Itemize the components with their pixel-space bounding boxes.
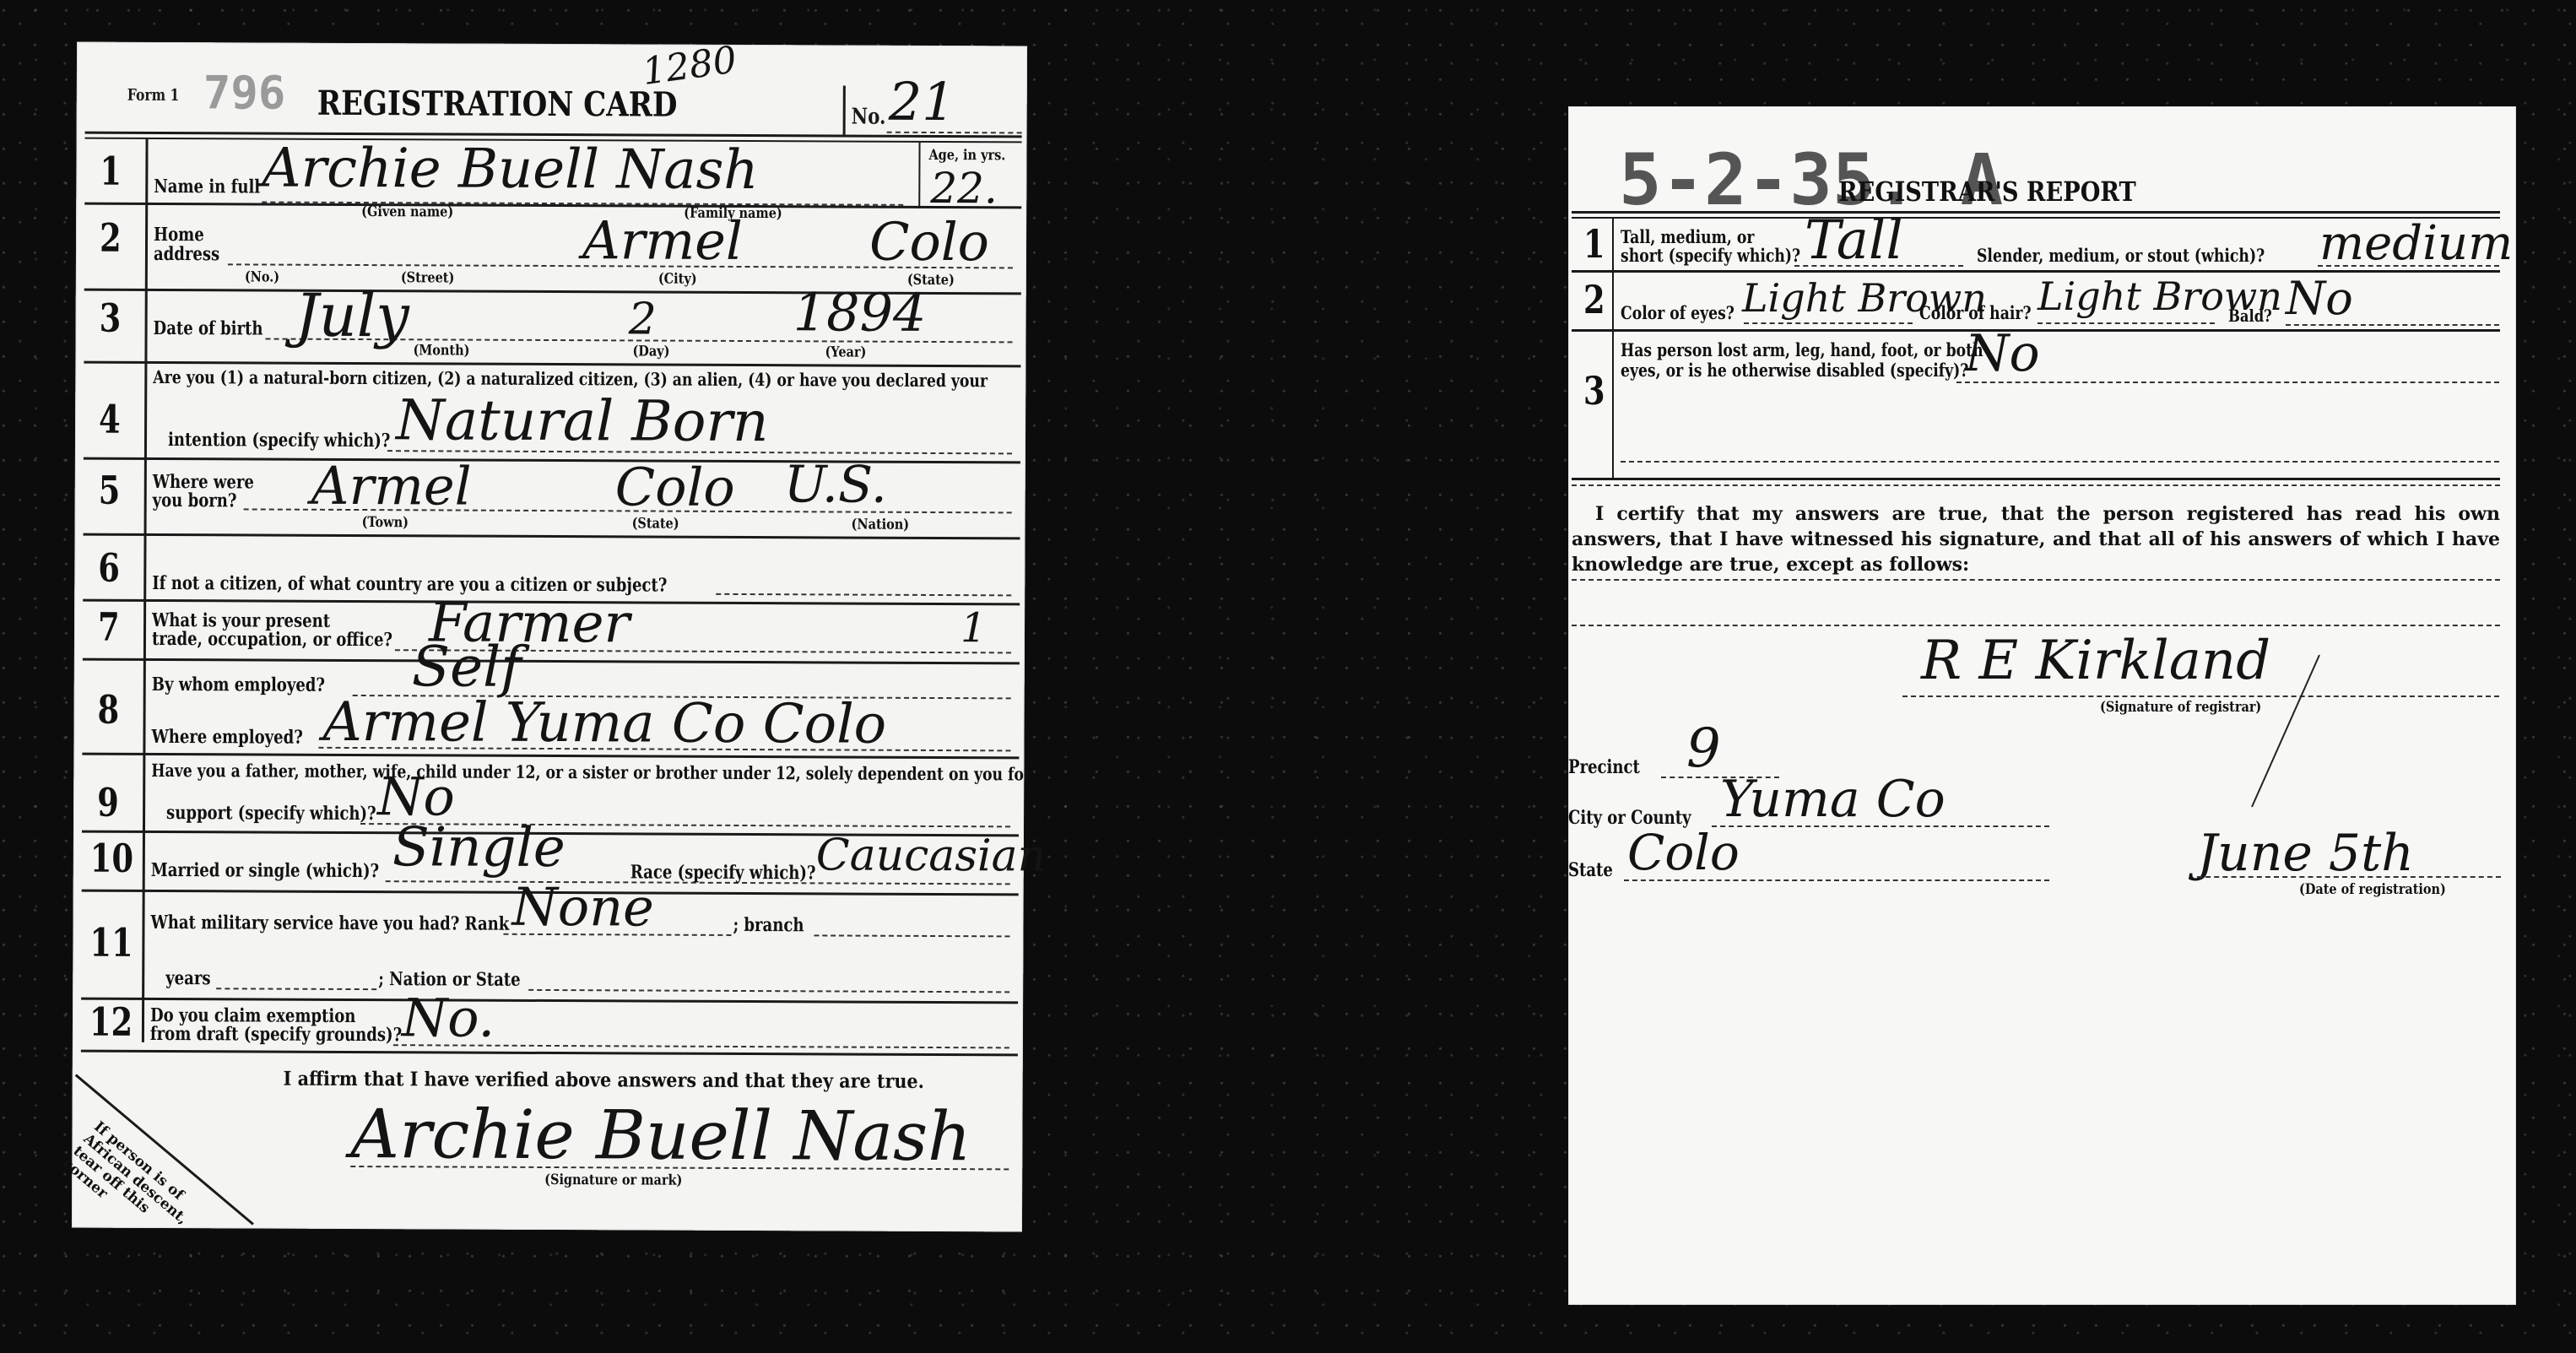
precinct-label: Precinct [1568,756,1640,778]
military-rank-value: None [511,876,654,939]
card-title: REGISTRATION CARD [317,84,678,125]
age-column-line [918,143,920,208]
race-label: Race (specify which)? [630,861,816,884]
divider [1572,211,2500,214]
divider [1572,625,2500,626]
where-employed-value: Armel Yuma Co Colo [322,691,886,756]
registrar-signature: R E Kirkland [1921,630,2270,692]
divider [1902,695,2499,697]
branch-label: ; branch [733,914,804,936]
divider [1572,579,2500,581]
registration-card: Form 1 796 REGISTRATION CARD 1280 No. 21… [72,42,1027,1232]
occupation-mark: 1 [961,604,987,652]
disability-value: No [1965,324,2040,383]
divider [1621,461,2499,463]
race-value: Caucasian [816,830,1046,881]
precinct-value: 9 [1686,717,1721,780]
birth-nation-value: U.S. [784,455,887,515]
no-label: No. [852,105,886,130]
birth-state-value: Colo [615,456,735,518]
row-number: 3 [1583,368,1605,414]
age-label: Age, in yrs. [928,147,1005,164]
divider [887,132,1022,134]
tear-off-corner-line [72,42,347,1229]
row-number: 1 [1583,221,1605,267]
handwritten-top-number: 1280 [640,38,739,94]
disability-label-1: Has person lost arm, leg, hand, foot, or… [1621,339,1983,360]
build-value: medium [2319,216,2513,271]
state-label: State [1568,859,1613,881]
dob-day-value: 2 [629,294,657,344]
card-number: 21 [889,71,955,133]
registration-date-value: June 5th [2197,824,2414,883]
divider [814,934,1009,937]
divider [528,989,1009,993]
divider [1572,478,2500,480]
divider [843,86,846,135]
divider [716,593,1011,597]
city-sub: (City) [658,271,697,288]
town-sub: (Town) [362,514,409,531]
dob-year-value: 1894 [793,281,927,344]
disability-label-2: eyes, or is he otherwise disabled (speci… [1621,360,1968,381]
home-city-value: Armel [582,209,743,272]
married-value: Single [392,816,566,879]
employer-value: Self [412,634,522,700]
day-sub: (Day) [632,343,669,360]
height-value: Tall [1805,209,1903,272]
build-label: Slender, medium, or stout (which)? [1977,245,2265,266]
nation-sub: (Nation) [852,517,910,533]
registration-date-label: (Date of registration) [2299,881,2446,898]
certify-text: I certify that my answers are true, that… [1572,501,2500,577]
height-label-2: short (specify which)? [1621,245,1800,266]
home-state-value: Colo [869,211,989,273]
divider [1572,270,2500,273]
affirm-text: I affirm that I have verified above answ… [284,1068,924,1093]
row-number: 2 [1583,277,1605,322]
signature-flourish [2227,647,2328,815]
citizenship-value: Natural Born [396,387,769,454]
year-sub: (Year) [825,344,866,360]
divider [1572,484,2500,486]
number-column-line [1612,219,1614,479]
state-value: Colo [1627,824,1740,881]
signature-label: (Signature or mark) [544,1172,682,1189]
hair-label: Color of hair? [1919,302,2032,323]
divider [2038,322,2215,324]
bald-value: No [2286,272,2353,325]
registrant-signature: Archie Buell Nash [350,1095,971,1176]
month-sub: (Month) [413,342,469,359]
report-title: REGISTRAR'S REPORT [1838,176,2136,208]
exemption-value: No. [402,987,495,1048]
divider [2197,876,2501,878]
state-sub: (State) [632,515,679,532]
registrars-report-card: 5-2-35. A REGISTRAR'S REPORT 1 Tall, med… [1568,106,2516,1305]
divider [1744,322,1913,324]
city-county-value: Yuma Co [1720,770,1946,829]
bald-label: Bald? [2228,306,2272,326]
eyes-label: Color of eyes? [1621,302,1734,323]
